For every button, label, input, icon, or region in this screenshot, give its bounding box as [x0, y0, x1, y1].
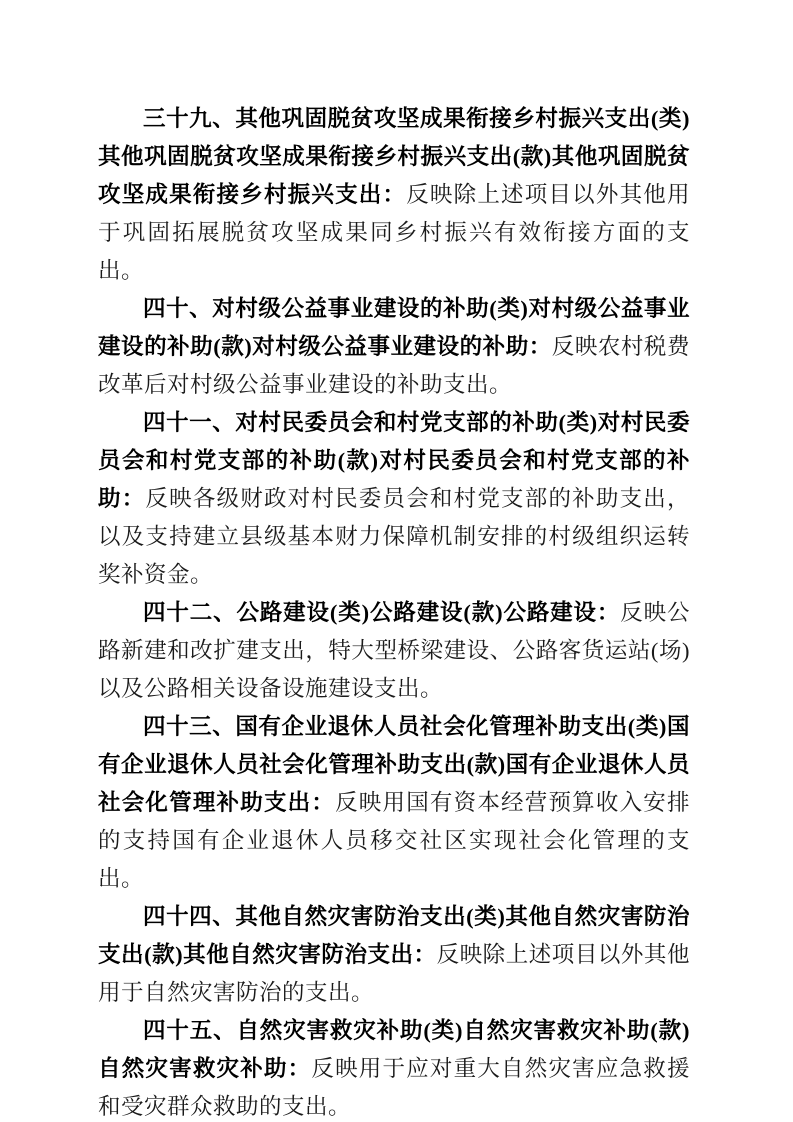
paragraph: 四十二、公路建设(类)公路建设(款)公路建设：反映公路新建和改扩建支出，特大型桥…	[98, 594, 690, 708]
paragraph: 四十三、国有企业退休人员社会化管理补助支出(类)国有企业退休人员社会化管理补助支…	[98, 708, 690, 898]
paragraph-body: 反映各级财政对村民委员会和村党支部的补助支出，以及支持建立县级基本财力保障机制安…	[98, 486, 690, 587]
paragraph-heading: 四十二、公路建设(类)公路建设(款)公路建设：	[143, 600, 620, 625]
document-page: 三十九、其他巩固脱贫攻坚成果衔接乡村振兴支出(类)其他巩固脱贫攻坚成果衔接乡村振…	[0, 0, 793, 1122]
paragraph: 四十五、自然灾害救灾补助(类)自然灾害救灾补助(款)自然灾害救灾补助：反映用于应…	[98, 1012, 690, 1122]
paragraph: 四十四、其他自然灾害防治支出(类)其他自然灾害防治支出(款)其他自然灾害防治支出…	[98, 898, 690, 1012]
paragraph: 三十九、其他巩固脱贫攻坚成果衔接乡村振兴支出(类)其他巩固脱贫攻坚成果衔接乡村振…	[98, 100, 690, 290]
paragraph: 四十一、对村民委员会和村党支部的补助(类)对村民委员会和村党支部的补助(款)对村…	[98, 404, 690, 594]
paragraph: 四十、对村级公益事业建设的补助(类)对村级公益事业建设的补助(款)对村级公益事业…	[98, 290, 690, 404]
